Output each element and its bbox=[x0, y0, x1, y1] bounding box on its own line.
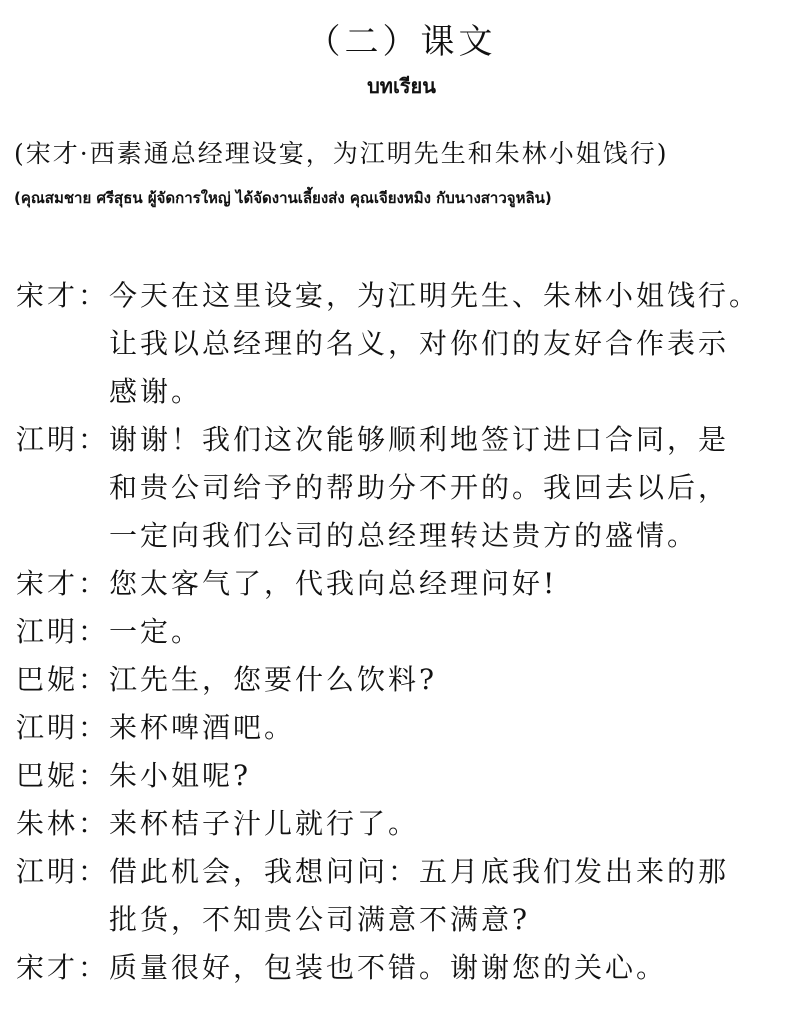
speaker-name: 巴妮： bbox=[16, 656, 109, 704]
utterance: 今天在这里设宴，为江明先生、朱林小姐饯行。 让我以总经理的名义，对你们的友好合作… bbox=[109, 272, 796, 416]
dialogue-turn: 朱林： 来杯桔子汁儿就行了。 bbox=[16, 800, 796, 848]
speaker-name: 朱林： bbox=[16, 800, 109, 848]
utterance: 质量很好，包装也不错。谢谢您的关心。 bbox=[109, 944, 796, 992]
utterance: 江先生，您要什么饮料? bbox=[109, 656, 796, 704]
utterance-line: 来杯啤酒吧。 bbox=[109, 704, 796, 752]
utterance: 一定。 bbox=[109, 608, 796, 656]
speaker-name: 宋才： bbox=[16, 272, 109, 320]
dialogue-turn: 巴妮： 朱小姐呢? bbox=[16, 752, 796, 800]
scene-description-chinese: (宋才·西素通总经理设宴，为江明先生和朱林小姐饯行) bbox=[14, 134, 668, 170]
utterance-line: 您太客气了，代我向总经理问好! bbox=[109, 560, 796, 608]
utterance: 您太客气了，代我向总经理问好! bbox=[109, 560, 796, 608]
utterance: 朱小姐呢? bbox=[109, 752, 796, 800]
utterance: 借此机会，我想问问：五月底我们发出来的那 批货，不知贵公司满意不满意? bbox=[109, 848, 796, 944]
speaker-name: 江明： bbox=[16, 416, 109, 464]
dialogue: 宋才： 今天在这里设宴，为江明先生、朱林小姐饯行。 让我以总经理的名义，对你们的… bbox=[16, 272, 796, 992]
utterance-line: 江先生，您要什么饮料? bbox=[109, 656, 796, 704]
utterance-line: 感谢。 bbox=[109, 368, 796, 416]
utterance-line: 朱小姐呢? bbox=[109, 752, 796, 800]
speaker-name: 江明： bbox=[16, 704, 109, 752]
dialogue-turn: 江明： 一定。 bbox=[16, 608, 796, 656]
dialogue-turn: 宋才： 质量很好，包装也不错。谢谢您的关心。 bbox=[16, 944, 796, 992]
speaker-name: 宋才： bbox=[16, 944, 109, 992]
lesson-title: （二）课文 bbox=[0, 14, 803, 63]
utterance-line: 让我以总经理的名义，对你们的友好合作表示 bbox=[109, 320, 796, 368]
utterance-line: 今天在这里设宴，为江明先生、朱林小姐饯行。 bbox=[109, 272, 796, 320]
utterance-line: 质量很好，包装也不错。谢谢您的关心。 bbox=[109, 944, 796, 992]
dialogue-turn: 宋才： 您太客气了，代我向总经理问好! bbox=[16, 560, 796, 608]
dialogue-turn: 宋才： 今天在这里设宴，为江明先生、朱林小姐饯行。 让我以总经理的名义，对你们的… bbox=[16, 272, 796, 416]
utterance-line: 和贵公司给予的帮助分不开的。我回去以后， bbox=[109, 464, 796, 512]
utterance-line: 批货，不知贵公司满意不满意? bbox=[109, 896, 796, 944]
scene-description-thai: (คุณสมชาย ศรีสุธน ผู้จัดการใหญ่ ได้จัดงา… bbox=[14, 186, 552, 210]
utterance: 来杯桔子汁儿就行了。 bbox=[109, 800, 796, 848]
speaker-name: 江明： bbox=[16, 848, 109, 896]
utterance-line: 借此机会，我想问问：五月底我们发出来的那 bbox=[109, 848, 796, 896]
utterance-line: 一定向我们公司的总经理转达贵方的盛情。 bbox=[109, 512, 796, 560]
utterance: 谢谢！我们这次能够顺利地签订进口合同，是 和贵公司给予的帮助分不开的。我回去以后… bbox=[109, 416, 796, 560]
dialogue-turn: 江明： 借此机会，我想问问：五月底我们发出来的那 批货，不知贵公司满意不满意? bbox=[16, 848, 796, 944]
utterance-line: 来杯桔子汁儿就行了。 bbox=[109, 800, 796, 848]
speaker-name: 宋才： bbox=[16, 560, 109, 608]
dialogue-turn: 江明： 谢谢！我们这次能够顺利地签订进口合同，是 和贵公司给予的帮助分不开的。我… bbox=[16, 416, 796, 560]
utterance-line: 一定。 bbox=[109, 608, 796, 656]
speaker-name: 江明： bbox=[16, 608, 109, 656]
utterance: 来杯啤酒吧。 bbox=[109, 704, 796, 752]
speaker-name: 巴妮： bbox=[16, 752, 109, 800]
dialogue-turn: 江明： 来杯啤酒吧。 bbox=[16, 704, 796, 752]
lesson-subtitle-thai: บทเรียน bbox=[0, 70, 803, 102]
utterance-line: 谢谢！我们这次能够顺利地签订进口合同，是 bbox=[109, 416, 796, 464]
dialogue-turn: 巴妮： 江先生，您要什么饮料? bbox=[16, 656, 796, 704]
